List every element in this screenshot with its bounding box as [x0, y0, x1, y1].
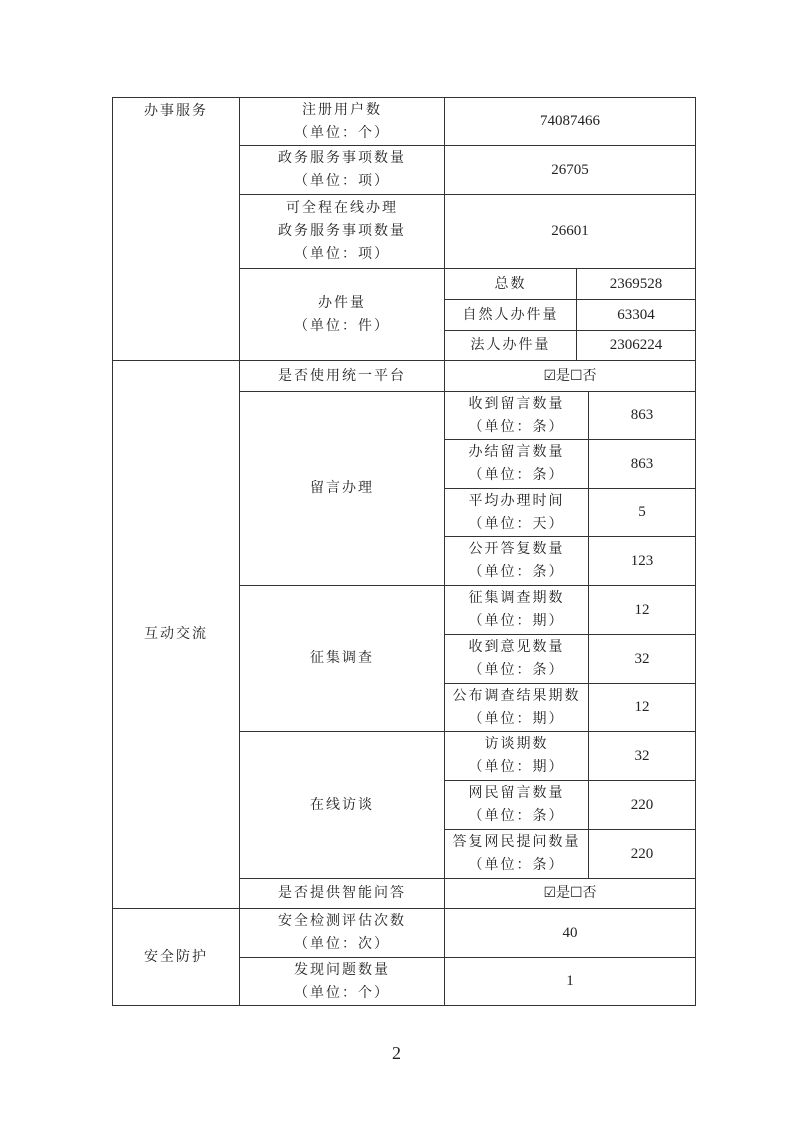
row-unit: （单位：期） [469, 756, 565, 779]
cases-natural-label: 自然人办件量 [444, 299, 577, 331]
row-unit: （单位：个） [294, 122, 390, 145]
row-unit: （单位：项） [294, 170, 390, 193]
sub-value: 2369528 [610, 273, 663, 296]
online-items-label: 可全程在线办理 政务服务事项数量 （单位：项） [239, 194, 445, 269]
checkbox-value: ☑是☐否 [543, 882, 596, 905]
row-unit: （单位：期） [469, 610, 565, 633]
sub-label: 征集调查期数 [469, 587, 565, 610]
registered-users-label: 注册用户数 （单位：个） [239, 97, 445, 146]
service-items-value: 26705 [444, 145, 696, 195]
section-label: 互动交流 [144, 623, 208, 646]
unified-platform-checkbox: ☑是☐否 [444, 360, 696, 392]
group-label: 在线访谈 [310, 794, 374, 817]
interview-group-label: 在线访谈 [239, 731, 445, 879]
row-unit: （单位：条） [469, 805, 565, 828]
row-value: 26705 [551, 159, 589, 182]
cases-legal-label: 法人办件量 [444, 330, 577, 361]
row-name: 发现问题数量 [294, 959, 390, 982]
survey-group-label: 征集调查 [239, 585, 445, 732]
msg-avg-time-value: 5 [588, 488, 696, 537]
cases-total-value: 2369528 [576, 268, 696, 300]
online-items-value: 26601 [444, 194, 696, 269]
interview-messages-value: 220 [588, 780, 696, 830]
row-unit: （单位：件） [294, 315, 390, 338]
msg-received-value: 863 [588, 391, 696, 440]
smart-qa-label: 是否提供智能问答 [239, 878, 445, 909]
sub-value: 5 [638, 501, 646, 524]
sub-label: 法人办件量 [471, 334, 551, 357]
row-value: 74087466 [540, 110, 600, 133]
cases-label: 办件量 （单位：件） [239, 268, 445, 361]
messages-group-label: 留言办理 [239, 391, 445, 586]
msg-closed-label: 办结留言数量（单位：条） [444, 439, 589, 489]
sub-label: 公布调查结果期数 [453, 685, 581, 708]
survey-opinions-value: 32 [588, 634, 696, 684]
sub-label: 收到留言数量 [469, 393, 565, 416]
msg-public-reply-label: 公开答复数量（单位：条） [444, 536, 589, 586]
sub-value: 32 [635, 648, 650, 671]
issues-found-value: 1 [444, 957, 696, 1006]
survey-periods-label: 征集调查期数（单位：期） [444, 585, 589, 635]
section-interaction-label: 互动交流 [112, 360, 240, 909]
sub-label: 平均办理时间 [469, 490, 565, 513]
row-name: 办件量 [318, 292, 366, 315]
sub-value: 12 [635, 599, 650, 622]
sub-value: 863 [631, 453, 654, 476]
sub-value: 123 [631, 550, 654, 573]
cases-legal-value: 2306224 [576, 330, 696, 361]
msg-closed-value: 863 [588, 439, 696, 489]
unified-platform-label: 是否使用统一平台 [239, 360, 445, 392]
row-unit: （单位：条） [469, 659, 565, 682]
row-name: 是否提供智能问答 [278, 882, 406, 905]
interview-replies-label: 答复网民提问数量（单位：条） [444, 829, 589, 879]
row-unit: （单位：天） [469, 513, 565, 536]
survey-results-label: 公布调查结果期数（单位：期） [444, 683, 589, 732]
sub-label: 答复网民提问数量 [453, 831, 581, 854]
sub-label: 访谈期数 [485, 733, 549, 756]
row-name: 注册用户数 [302, 99, 382, 122]
row-value: 40 [563, 922, 578, 945]
row-unit: （单位：次） [294, 933, 390, 956]
row-name: 可全程在线办理 [286, 197, 398, 220]
row-value: 26601 [551, 220, 589, 243]
interview-messages-label: 网民留言数量（单位：条） [444, 780, 589, 830]
row-unit: （单位：条） [469, 464, 565, 487]
row-unit: （单位：个） [294, 982, 390, 1005]
row-name: 政务服务事项数量 [278, 220, 406, 243]
row-unit: （单位：条） [469, 561, 565, 584]
row-value: 1 [566, 970, 574, 993]
survey-opinions-label: 收到意见数量（单位：条） [444, 634, 589, 684]
sub-label: 自然人办件量 [463, 304, 559, 327]
row-unit: （单位：期） [469, 708, 565, 731]
sub-value: 220 [631, 794, 654, 817]
section-security-label: 安全防护 [112, 908, 240, 1006]
sub-label: 总数 [495, 273, 527, 296]
sub-label: 公开答复数量 [469, 538, 565, 561]
security-checks-value: 40 [444, 908, 696, 958]
sub-value: 863 [631, 404, 654, 427]
interview-periods-value: 32 [588, 731, 696, 781]
section-service-label: 办事服务 [112, 97, 240, 361]
cases-natural-value: 63304 [576, 299, 696, 331]
issues-found-label: 发现问题数量 （单位：个） [239, 957, 445, 1006]
sub-label: 收到意见数量 [469, 636, 565, 659]
security-checks-label: 安全检测评估次数 （单位：次） [239, 908, 445, 958]
sub-value: 220 [631, 843, 654, 866]
msg-avg-time-label: 平均办理时间（单位：天） [444, 488, 589, 537]
sub-value: 12 [635, 696, 650, 719]
section-label: 安全防护 [144, 946, 208, 969]
row-name: 是否使用统一平台 [278, 365, 406, 388]
sub-value: 32 [635, 745, 650, 768]
row-name: 安全检测评估次数 [278, 910, 406, 933]
survey-results-value: 12 [588, 683, 696, 732]
sub-label: 办结留言数量 [469, 441, 565, 464]
sub-value: 63304 [617, 304, 655, 327]
interview-replies-value: 220 [588, 829, 696, 879]
page-number: 2 [0, 1043, 793, 1064]
group-label: 留言办理 [310, 477, 374, 500]
row-unit: （单位：项） [294, 243, 390, 266]
survey-periods-value: 12 [588, 585, 696, 635]
smart-qa-checkbox: ☑是☐否 [444, 878, 696, 909]
row-unit: （单位：条） [469, 854, 565, 877]
row-unit: （单位：条） [469, 416, 565, 439]
group-label: 征集调查 [310, 647, 374, 670]
checkbox-value: ☑是☐否 [543, 365, 596, 388]
msg-public-reply-value: 123 [588, 536, 696, 586]
sub-value: 2306224 [610, 334, 663, 357]
section-label: 办事服务 [144, 100, 208, 123]
sub-label: 网民留言数量 [469, 782, 565, 805]
msg-received-label: 收到留言数量（单位：条） [444, 391, 589, 440]
interview-periods-label: 访谈期数（单位：期） [444, 731, 589, 781]
row-name: 政务服务事项数量 [278, 147, 406, 170]
registered-users-value: 74087466 [444, 97, 696, 146]
cases-total-label: 总数 [444, 268, 577, 300]
service-items-label: 政务服务事项数量 （单位：项） [239, 145, 445, 195]
